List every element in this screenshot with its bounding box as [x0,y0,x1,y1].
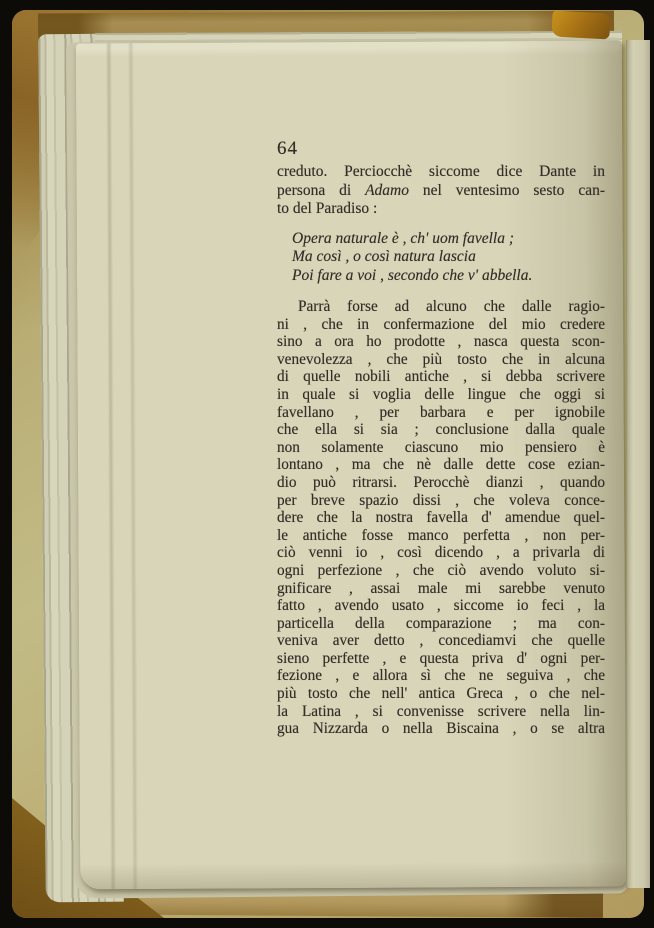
book-scan: 64 creduto. Perciocchè siccome dice Dant… [0,0,654,928]
text-line: che ella si sia ; conclusione dalla qual… [277,421,605,439]
text-line: la Latina , si convenisse scrivere nella… [277,703,605,721]
text-line: gua Nizzarda o nella Biscaina , o se alt… [277,720,605,738]
paragraph-intro: creduto. Perciocchè siccome dice Dante i… [277,163,605,219]
text-line: più tosto che nell' antica Greca , o che… [277,685,605,703]
text-line: particella della comparazione ; ma con- [277,615,605,633]
text-line: dio può ritrarsi. Perocchè dianzi , quan… [277,474,605,492]
text-line: lontano , ma che nè dalle dette cose ezi… [277,456,605,474]
text-line: per breve spazio dissi , che voleva conc… [277,492,605,510]
text-line: gnificare , assai male mi sarebbe venuto [277,580,605,598]
dante-quote: Opera naturale è , ch' uom favella ;Ma c… [292,230,605,285]
text-line: Parrà forse ad alcuno che dalle ragio- [277,298,605,316]
italic-text: Adamo [365,182,409,199]
text-line: Opera naturale è , ch' uom favella ; [292,230,605,248]
text-line: fezione , e allora sì che ne seguiva , c… [277,667,605,685]
text-line: sino a ora ho prodotte , nasca questa sc… [277,333,605,351]
text-line: non solamente ciascuno mio pensiero è [277,439,605,457]
text-line: Ma così , o così natura lascia [292,248,605,266]
text-line: ogni perfezione , che ciò avendo voluto … [277,562,605,580]
binding-remnant [551,11,610,40]
text-line: to del Paradiso : [277,200,605,219]
page-text: 64 creduto. Perciocchè siccome dice Dant… [277,138,605,738]
text-line: creduto. Perciocchè siccome dice Dante i… [277,163,605,182]
text-line: dere che la nostra favella d' amendue qu… [277,509,605,527]
text-line: fatto , avendo usato , siccome io feci ,… [277,597,605,615]
text-line: ni , che in confermazione del mio creder… [277,316,605,334]
text-line: favellano , per barbara e per ignobile [277,404,605,422]
text-line: venevolezza , che più tosto che in alcun… [277,351,605,369]
text-line: veniva aver detto , concediamvi che quel… [277,632,605,650]
text-line: Poi fare a voi , secondo che v' abbella. [292,267,605,285]
text-line: persona di Adamo nel ventesimo sesto can… [277,182,605,201]
page-number: 64 [277,138,605,160]
facing-page-sliver [626,40,650,888]
text-line: ciò venni io , così dicendo , a privarla… [277,544,605,562]
text-line: in quale si voglia delle lingue che oggi… [277,386,605,404]
text-line: sieno perfette , e questa priva d' ogni … [277,650,605,668]
paragraph-main: Parrà forse ad alcuno che dalle ragio-ni… [277,298,605,738]
text-line: le antiche fosse manco perfetta , non pe… [277,527,605,545]
text-line: di quelle nobili antiche , si debba scri… [277,368,605,386]
